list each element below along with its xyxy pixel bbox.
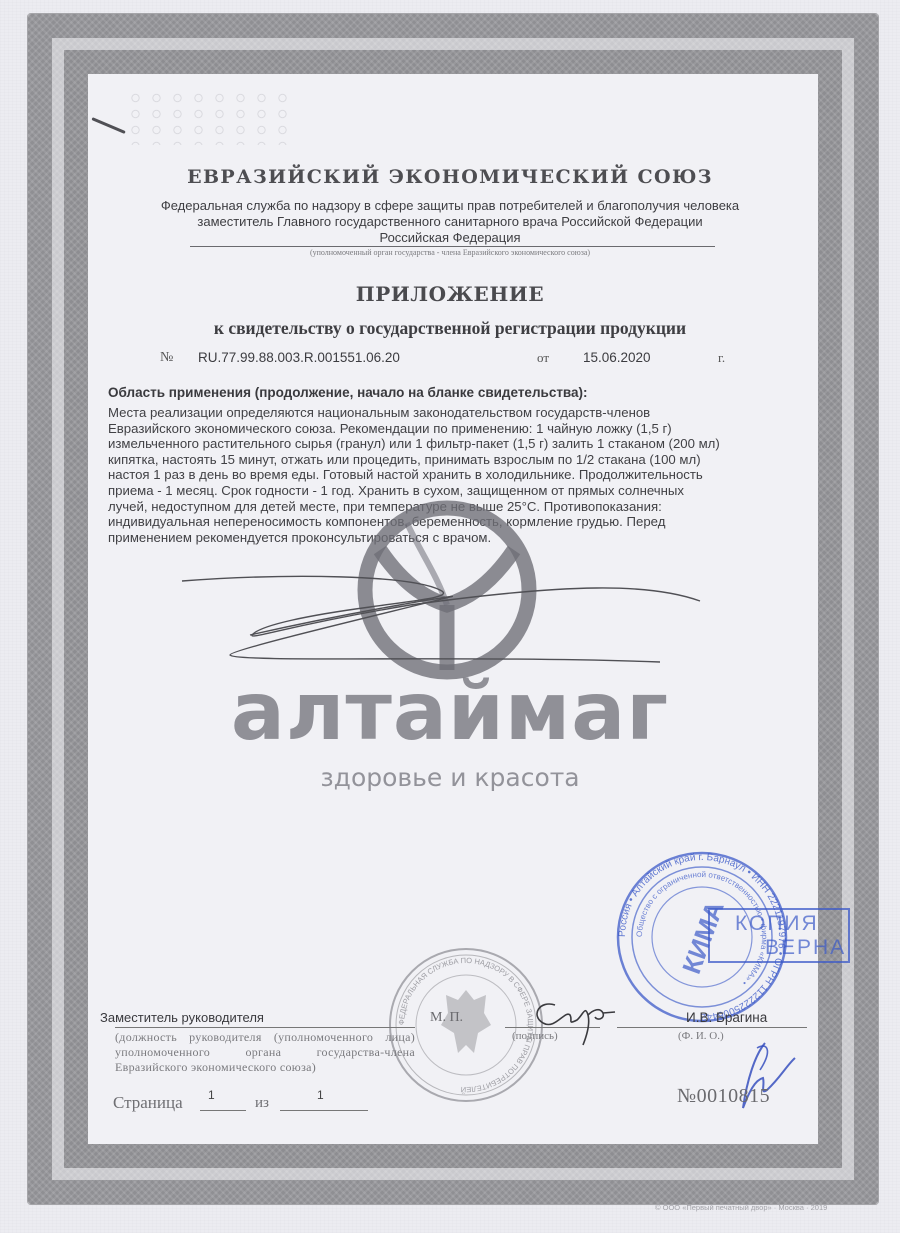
form-serial-number: №0010815 (677, 1085, 770, 1108)
union-title: ЕВРАЗИЙСКИЙ ЭКОНОМИЧЕСКИЙ СОЮЗ (0, 166, 900, 188)
scope-line: Евразийского экономического союза. Реком… (108, 421, 808, 437)
rosette-pattern (125, 90, 295, 145)
signatory-position: Заместитель руководителя (100, 1010, 264, 1025)
name-underline (617, 1027, 807, 1028)
seal-placeholder-label: М. П. (430, 1010, 463, 1026)
page-label: Страница (113, 1093, 183, 1113)
page-current-underline (200, 1110, 246, 1111)
page-total: 1 (317, 1088, 324, 1102)
name-caption: (Ф. И. О.) (678, 1030, 724, 1042)
agency-underline (190, 246, 715, 247)
page-current: 1 (208, 1088, 215, 1102)
registration-number: RU.77.99.88.003.R.001551.06.20 (198, 350, 400, 365)
agency-caption: (уполномоченный орган государства - член… (0, 248, 900, 257)
signatory-name: И.В. Брагина (686, 1010, 767, 1025)
scope-line: кипятка, настоять 15 минут, отжать или п… (108, 452, 808, 468)
blank-filler-scribble (170, 555, 730, 665)
scope-line: настоя 1 раз в день во время еды. Готовы… (108, 467, 808, 483)
scope-heading: Область применения (продолжение, начало … (108, 385, 588, 400)
appendix-subtitle: к свидетельству о государственной регист… (0, 318, 900, 339)
position-underline (115, 1027, 415, 1028)
copy-stamp-line-1: КОПИЯ (735, 912, 819, 936)
position-caption: (должность руководителя (уполномоченного… (115, 1030, 415, 1075)
page-of-label: из (255, 1095, 269, 1112)
agency-line-2: заместитель Главного государственного са… (0, 214, 900, 229)
registration-year-suffix: г. (718, 350, 725, 366)
registration-from-label: от (537, 350, 549, 366)
watermark-brand: алтаймаг (0, 665, 900, 758)
official-seal-icon: ФЕДЕРАЛЬНАЯ СЛУЖБА ПО НАДЗОРУ В СФЕРЕ ЗА… (386, 945, 546, 1105)
scope-line: Места реализации определяются национальн… (108, 405, 808, 421)
appendix-title: ПРИЛОЖЕНИЕ (0, 282, 900, 306)
copy-stamp-line-2: ВЕРНА (765, 936, 846, 960)
page-total-underline (280, 1110, 368, 1111)
registration-date: 15.06.2020 (583, 350, 651, 365)
handwritten-signature-icon (525, 985, 620, 1055)
watermark-tagline: здоровье и красота (0, 763, 900, 792)
registration-number-label: № (160, 350, 173, 366)
scope-line: измельченного растительного сырья (грану… (108, 436, 808, 452)
printer-imprint: © ООО «Первый печатный двор» · Москва · … (655, 1203, 827, 1212)
agency-line-1: Федеральная служба по надзору в сфере за… (0, 198, 900, 213)
agency-line-3: Российская Федерация (0, 230, 900, 245)
